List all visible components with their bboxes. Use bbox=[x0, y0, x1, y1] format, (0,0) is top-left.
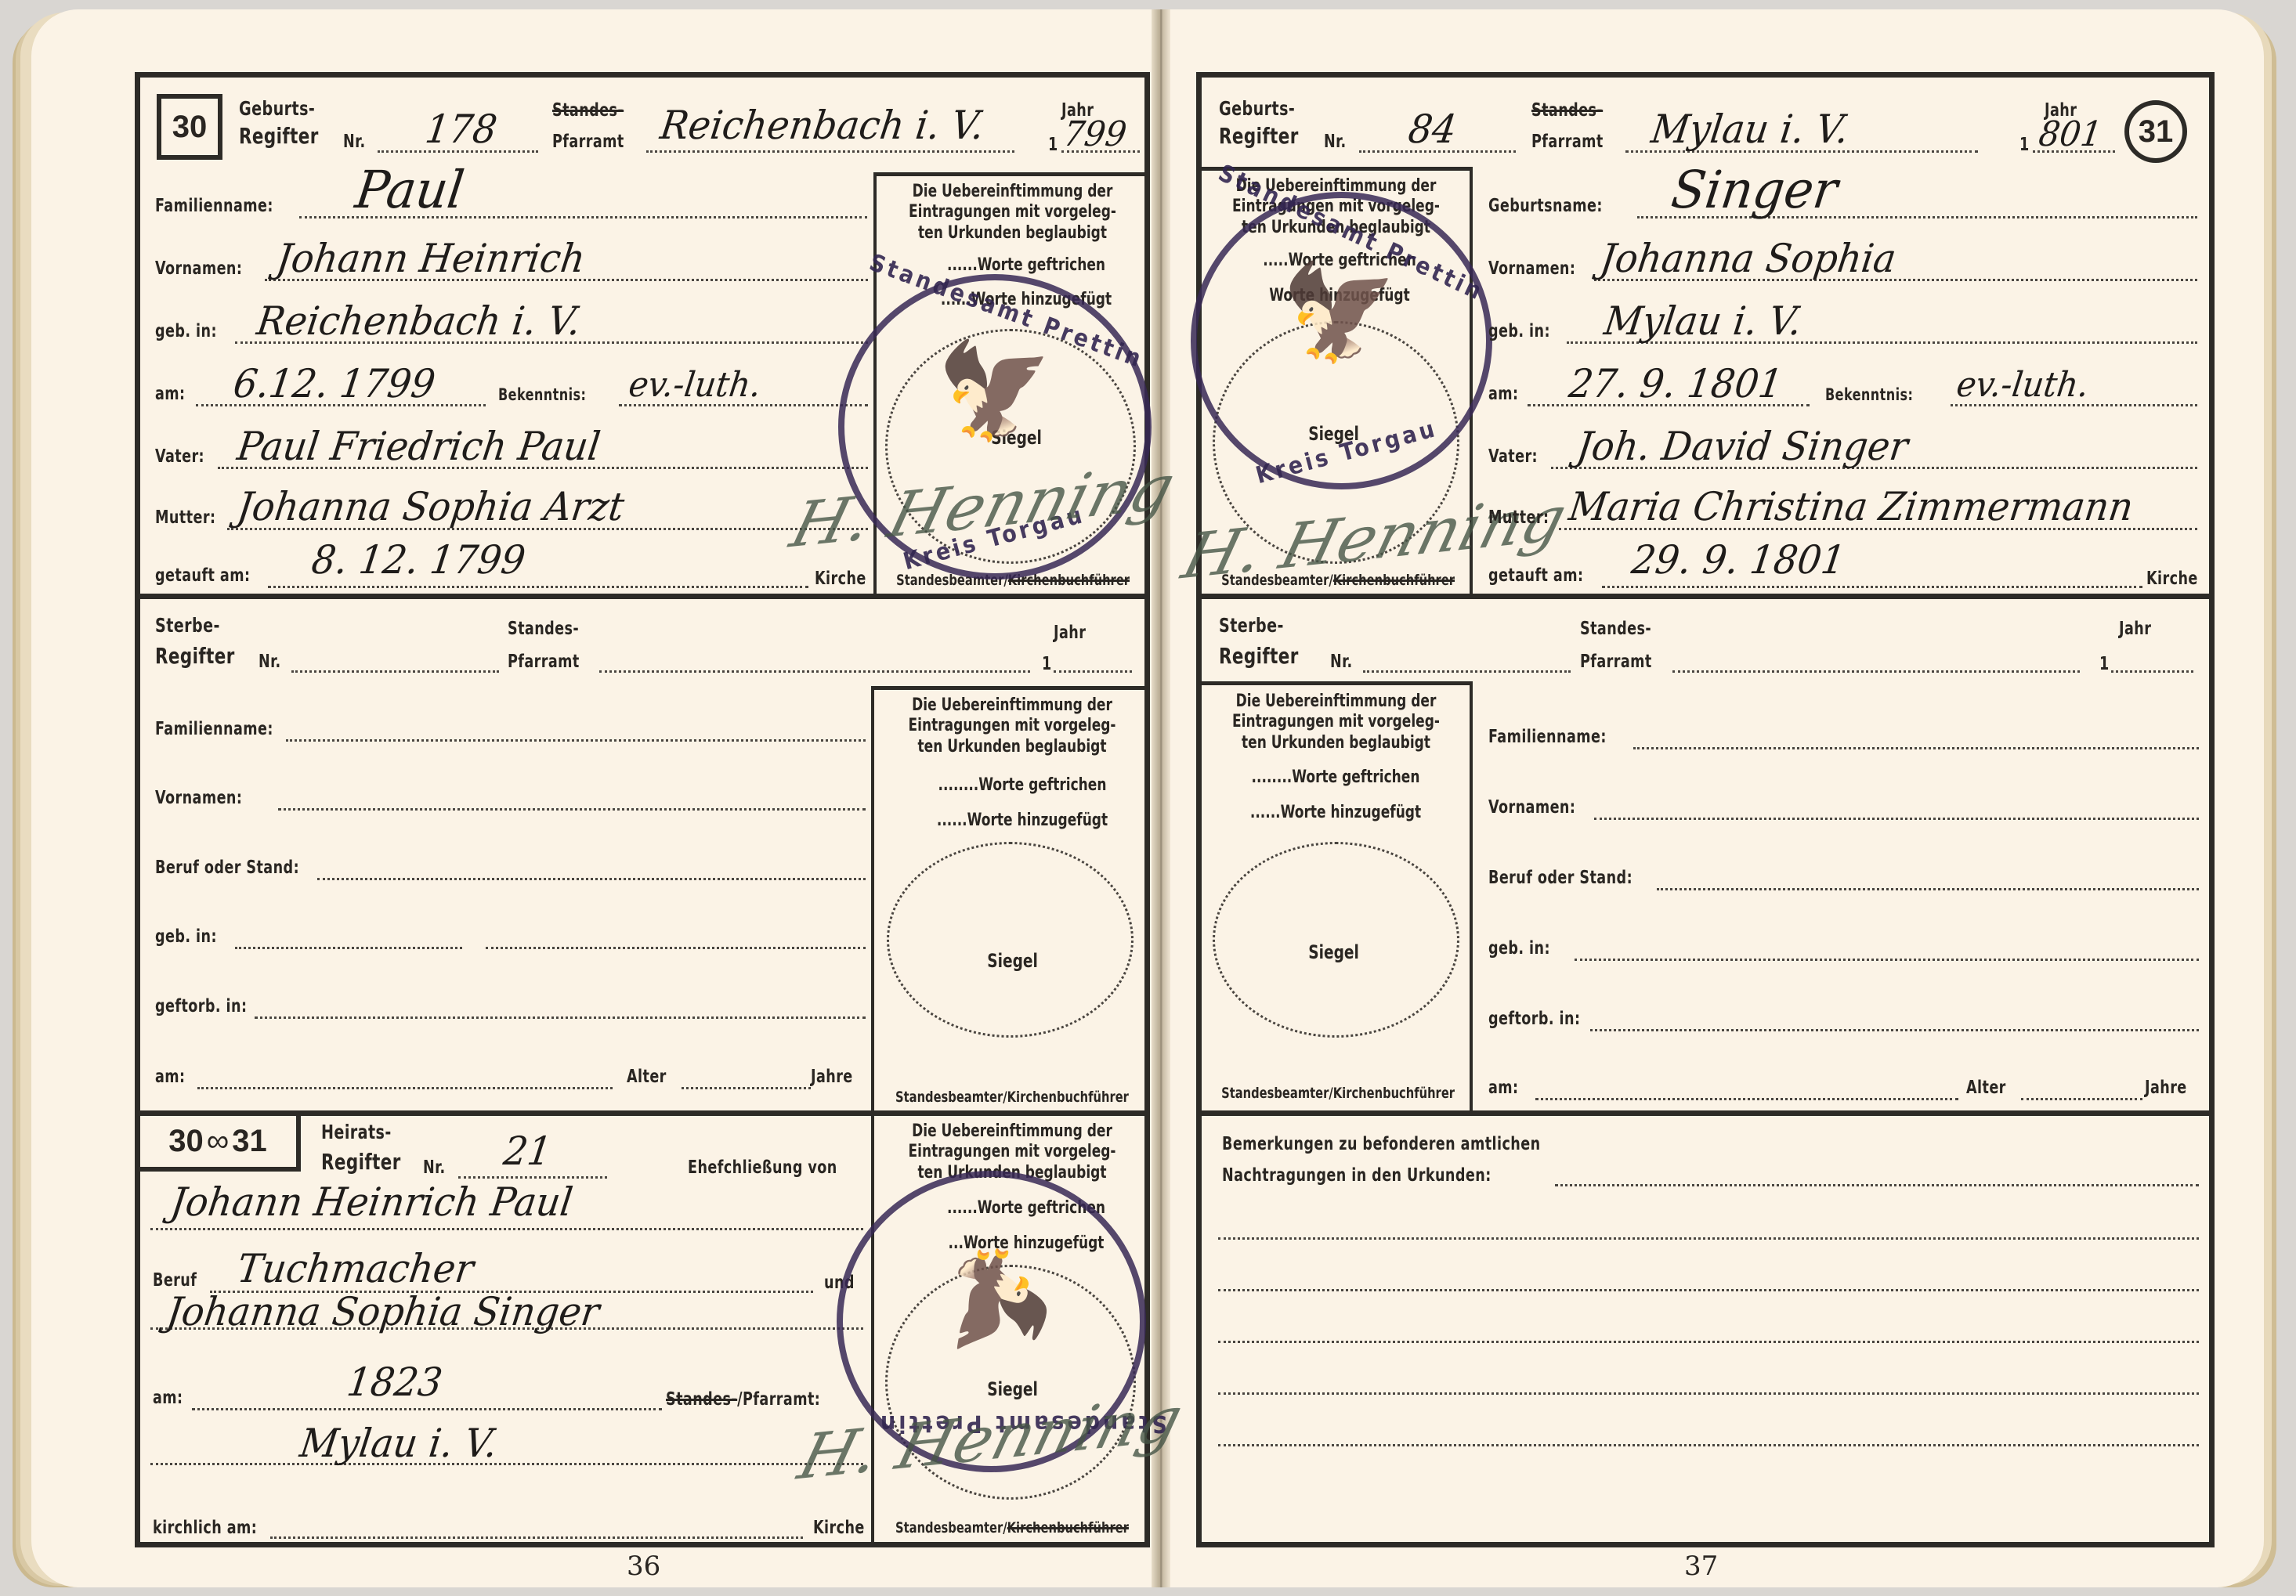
official-label: Standesbeamter/Kirchenbuchführer bbox=[895, 1089, 1129, 1107]
divider bbox=[871, 686, 1150, 690]
maiden-name-label: Geburtsname: bbox=[1488, 196, 1603, 216]
birth-date: 27. 9. 1801 bbox=[1567, 364, 1785, 403]
words-added: ......Worte hinzugefügt bbox=[918, 811, 1127, 831]
dotted-line bbox=[270, 1536, 803, 1539]
remarks-label-2: Nachtragungen in den Urkunden: bbox=[1222, 1165, 1491, 1186]
dotted-line bbox=[682, 1087, 811, 1089]
dotted-line bbox=[291, 670, 499, 673]
remarks-line bbox=[1218, 1237, 2199, 1240]
dotted-line bbox=[2021, 1098, 2142, 1100]
marriage-office: Mylau i. V. bbox=[298, 1424, 500, 1463]
words-added-label: Worte hinzugefügt bbox=[1281, 803, 1421, 822]
office-label: Pfarramt bbox=[1531, 132, 1604, 152]
auth-line: ten Urkunden beglaubigt bbox=[1223, 733, 1448, 753]
remarks-line bbox=[1218, 1289, 2199, 1291]
death-register-label-2: Regifter bbox=[1219, 644, 1299, 669]
dotted-line bbox=[317, 878, 866, 880]
marriage-ref-right: 31 bbox=[232, 1124, 267, 1159]
marriage-register-label-2: Regifter bbox=[321, 1150, 401, 1175]
marriage-register-label-1: Heirats- bbox=[321, 1121, 392, 1144]
death-date-label: am: bbox=[155, 1067, 186, 1087]
official-label: Standesbeamter/Kirchenbuchführer bbox=[895, 1519, 1129, 1537]
seal-label: Siegel bbox=[1308, 941, 1359, 963]
office-label-1: Standes- bbox=[1580, 619, 1651, 639]
baptism-date: 8. 12. 1799 bbox=[309, 540, 528, 580]
baptism-date: 29. 9. 1801 bbox=[1629, 540, 1848, 580]
birth-register-label-1: Geburts- bbox=[1219, 98, 1295, 121]
birth-date: 6.12. 1799 bbox=[231, 364, 438, 403]
deathplace-label: geftorb. in: bbox=[1488, 1009, 1580, 1029]
death-register-label-2: Regifter bbox=[155, 644, 235, 669]
auth-line: ten Urkunden beglaubigt bbox=[899, 223, 1125, 244]
page-number: 37 bbox=[1684, 1551, 1718, 1582]
remarks-line bbox=[1218, 1444, 2199, 1446]
dotted-line bbox=[255, 1016, 866, 1019]
words-struck: ......Worte geftrichen bbox=[925, 255, 1127, 276]
divider bbox=[1199, 681, 1473, 685]
mother-label: Mutter: bbox=[1488, 507, 1549, 528]
deathplace-label: geftorb. in: bbox=[155, 996, 247, 1016]
occupation-label: Beruf oder Stand: bbox=[1488, 868, 1633, 888]
dotted-line bbox=[1363, 670, 1571, 673]
book-gutter bbox=[1152, 9, 1170, 1587]
church-label: Kirche bbox=[813, 1518, 865, 1538]
age-label: Alter bbox=[627, 1067, 667, 1087]
auth-line: Eintragungen mit vorgeleg- bbox=[899, 202, 1125, 222]
birthplace: Mylau i. V. bbox=[1602, 302, 1804, 341]
remarks-line bbox=[1555, 1184, 2199, 1186]
nr-label: Nr. bbox=[423, 1157, 446, 1178]
official-label-struck-plain: Kirchenbuchführer bbox=[1333, 1085, 1455, 1102]
birthplace-label: geb. in: bbox=[155, 321, 217, 341]
auth-line: Eintragungen mit vorgeleg- bbox=[898, 716, 1126, 736]
religion: ev.-luth. bbox=[627, 368, 763, 403]
remarks-line bbox=[1218, 1341, 2199, 1343]
year-label: Jahr bbox=[1054, 623, 1086, 643]
death-date-label: am: bbox=[1488, 1078, 1519, 1098]
birth-register-label-1: Geburts- bbox=[239, 98, 315, 121]
dotted-line bbox=[1657, 888, 2199, 890]
official-label-text: Standesbeamter/ bbox=[895, 1519, 1007, 1536]
birth-year: 801 bbox=[2037, 117, 2104, 152]
dotted-line bbox=[599, 670, 1030, 673]
father-label: Vater: bbox=[1488, 446, 1538, 467]
marriage-of-label: Ehefchließung von bbox=[688, 1157, 837, 1178]
eagle-emblem-icon: 🦅 bbox=[901, 345, 1089, 439]
birth-office: Reichenbach i. V. bbox=[658, 106, 986, 145]
dotted-line bbox=[286, 739, 866, 742]
infinity-marriage-icon: ∞ bbox=[207, 1124, 230, 1159]
marriage-ref-box: 30 ∞ 31 bbox=[135, 1110, 301, 1172]
remarks-line bbox=[1218, 1392, 2199, 1395]
official-label: Standesbeamter/Kirchenbuchführer bbox=[1221, 1085, 1454, 1103]
nr-label: Nr. bbox=[343, 132, 366, 152]
office-label-struck: Standes- bbox=[552, 100, 624, 121]
father: Paul Friedrich Paul bbox=[235, 427, 602, 466]
section-divider bbox=[1196, 1110, 2215, 1116]
given-names-label: Vornamen: bbox=[1488, 797, 1575, 818]
dotted-line bbox=[235, 947, 462, 949]
father-label: Vater: bbox=[155, 446, 204, 467]
ref-number-circle: 31 bbox=[2124, 100, 2187, 163]
year-prefix: 1 bbox=[1048, 135, 1058, 155]
divider bbox=[871, 688, 874, 1114]
death-register-label-1: Sterbe- bbox=[155, 615, 220, 637]
auth-line: Die Uebereinftimmung der bbox=[898, 695, 1126, 716]
given-names: Johann Heinrich bbox=[274, 239, 588, 278]
surname: Paul bbox=[353, 164, 467, 216]
official-label-struck: Kirchenbuchführer bbox=[1007, 1519, 1129, 1536]
marriage-register-nr: 21 bbox=[501, 1132, 554, 1171]
dotted-line bbox=[2111, 670, 2193, 673]
dotted-line bbox=[1590, 1029, 2199, 1031]
given-names-label: Vornamen: bbox=[155, 788, 242, 808]
dotted-line bbox=[197, 1087, 613, 1089]
death-register-label-1: Sterbe- bbox=[1219, 615, 1284, 637]
dotted-line bbox=[646, 150, 1014, 153]
dotted-line bbox=[1672, 670, 2080, 673]
words-added: ......Worte hinzugefügt bbox=[1228, 803, 1443, 823]
birth-office: Mylau i. V. bbox=[1649, 110, 1851, 149]
section-divider bbox=[1196, 594, 2215, 599]
groom-occupation: Tuchmacher bbox=[235, 1249, 476, 1288]
divider bbox=[1470, 683, 1473, 1112]
church-label: Kirche bbox=[815, 569, 866, 589]
year-prefix: 1 bbox=[1042, 654, 1052, 674]
birthplace-label: geb. in: bbox=[155, 926, 217, 947]
given-names-label: Vornamen: bbox=[155, 258, 242, 279]
surname-label: Familienname: bbox=[155, 196, 273, 216]
birth-date-label: am: bbox=[155, 384, 186, 404]
office-label: Pfarramt bbox=[552, 132, 624, 152]
auth-text: Die Uebereinftimmung der Eintragungen mi… bbox=[898, 695, 1126, 757]
auth-line: Die Uebereinftimmung der bbox=[898, 1121, 1126, 1142]
dotted-line bbox=[1594, 818, 2199, 820]
religion-label: Bekenntnis: bbox=[1825, 385, 1913, 404]
dotted-line bbox=[1535, 1098, 1958, 1100]
dotted-line bbox=[192, 1408, 662, 1410]
seal-area bbox=[887, 842, 1134, 1038]
nr-label: Nr. bbox=[259, 652, 281, 672]
nr-label: Nr. bbox=[1324, 132, 1347, 152]
surname-label: Familienname: bbox=[155, 719, 273, 739]
year-label: Jahr bbox=[2119, 619, 2151, 639]
auth-text: Die Uebereinftimmung der Eintragungen mi… bbox=[899, 182, 1125, 244]
divider bbox=[873, 172, 1148, 176]
ref-number-box: 30 bbox=[157, 94, 222, 160]
church-date-label: kirchlich am: bbox=[153, 1518, 257, 1538]
words-struck: ........Worte geftrichen bbox=[1228, 767, 1443, 788]
marriage-ref-left: 30 bbox=[168, 1124, 204, 1159]
words-struck-label: Worte geftrichen bbox=[978, 255, 1105, 275]
mother: Johanna Sophia Arzt bbox=[235, 487, 627, 526]
years-label: Jahre bbox=[811, 1067, 853, 1087]
office-label-1: Standes- bbox=[508, 619, 579, 639]
dotted-line bbox=[150, 1228, 863, 1230]
dotted-line bbox=[1602, 586, 2142, 588]
birthplace: Reichenbach i. V. bbox=[255, 302, 583, 341]
words-struck-label: Worte geftrichen bbox=[978, 775, 1106, 795]
marriage-office-label: Standes-/Pfarramt: bbox=[666, 1389, 820, 1410]
year-prefix: 1 bbox=[2099, 654, 2110, 674]
birth-register-nr: 178 bbox=[423, 110, 499, 149]
office-label-struck: Standes- bbox=[666, 1389, 737, 1410]
official-label-text: Standesbeamter/ bbox=[895, 1089, 1007, 1106]
marriage-date: 1823 bbox=[345, 1363, 445, 1402]
official-label-text: Standesbeamter/ bbox=[1221, 1085, 1333, 1102]
maiden-name: Singer bbox=[1669, 164, 1840, 216]
birthplace-label: geb. in: bbox=[1488, 321, 1550, 341]
auth-line: ten Urkunden beglaubigt bbox=[898, 737, 1126, 757]
dotted-line bbox=[150, 1463, 863, 1465]
given-names: Johanna Sophia bbox=[1598, 239, 1898, 278]
groom-name: Johann Heinrich Paul bbox=[168, 1183, 575, 1222]
office-label-2: Pfarramt bbox=[508, 652, 580, 672]
age-label: Alter bbox=[1966, 1078, 2006, 1098]
auth-line: Die Uebereinftimmung der bbox=[899, 182, 1125, 202]
baptism-label: getauft am: bbox=[1488, 565, 1583, 586]
dotted-line bbox=[1575, 959, 2199, 961]
ref-number: 30 bbox=[172, 110, 208, 145]
baptism-label: getauft am: bbox=[155, 565, 250, 586]
auth-line: Eintragungen mit vorgeleg- bbox=[1223, 712, 1448, 732]
years-label: Jahre bbox=[2145, 1078, 2187, 1098]
section-divider bbox=[135, 594, 1150, 599]
mother: Maria Christina Zimmermann bbox=[1567, 487, 2135, 526]
auth-line: Eintragungen mit vorgeleg- bbox=[898, 1142, 1126, 1162]
dotted-line bbox=[486, 947, 866, 949]
bride-name: Johanna Sophia Singer bbox=[165, 1292, 602, 1331]
auth-text: Die Uebereinftimmung der Eintragungen mi… bbox=[1223, 691, 1448, 753]
year-prefix: 1 bbox=[2019, 135, 2030, 155]
dotted-line bbox=[268, 586, 808, 588]
seal-label: Siegel bbox=[987, 950, 1038, 972]
dotted-line bbox=[458, 1176, 607, 1179]
birth-register-label-2: Regifter bbox=[239, 124, 319, 149]
occupation-label: Beruf oder Stand: bbox=[155, 858, 299, 878]
official-label-struck-plain: Kirchenbuchführer bbox=[1007, 1089, 1129, 1106]
office-label: /Pfarramt: bbox=[737, 1389, 820, 1410]
dotted-line bbox=[278, 808, 866, 811]
birth-register-nr: 84 bbox=[1406, 110, 1459, 149]
religion-label: Bekenntnis: bbox=[498, 385, 586, 404]
ref-number: 31 bbox=[2139, 114, 2174, 150]
office-label-struck: Standes- bbox=[1531, 100, 1603, 121]
birth-register-label-2: Regifter bbox=[1219, 124, 1299, 149]
dotted-line bbox=[1633, 747, 2199, 749]
church-label: Kirche bbox=[2146, 569, 2198, 589]
seal-area bbox=[1213, 842, 1459, 1038]
auth-line: Die Uebereinftimmung der bbox=[1223, 691, 1448, 712]
birthplace-label: geb. in: bbox=[1488, 938, 1550, 959]
eagle-emblem-icon: 🦅 bbox=[1246, 266, 1434, 360]
remarks-label-1: Bemerkungen zu befonderen amtlichen bbox=[1222, 1134, 1541, 1154]
words-struck-label: Worte geftrichen bbox=[1292, 767, 1419, 787]
surname-label: Familienname: bbox=[1488, 727, 1607, 747]
occupation-label: Beruf bbox=[153, 1270, 197, 1291]
words-struck: ........Worte geftrichen bbox=[918, 775, 1127, 796]
birth-year: 799 bbox=[1061, 117, 1129, 152]
page-number: 36 bbox=[627, 1551, 660, 1582]
marriage-date-label: am: bbox=[153, 1388, 183, 1408]
religion: ev.-luth. bbox=[1954, 368, 2091, 403]
mother-label: Mutter: bbox=[155, 507, 215, 528]
words-added-label: Worte hinzugefügt bbox=[967, 811, 1108, 830]
nr-label: Nr. bbox=[1330, 652, 1353, 672]
father: Joh. David Singer bbox=[1575, 427, 1911, 466]
dotted-line bbox=[1054, 670, 1132, 673]
office-label-2: Pfarramt bbox=[1580, 652, 1652, 672]
birth-date-label: am: bbox=[1488, 384, 1519, 404]
given-names-label: Vornamen: bbox=[1488, 258, 1575, 279]
